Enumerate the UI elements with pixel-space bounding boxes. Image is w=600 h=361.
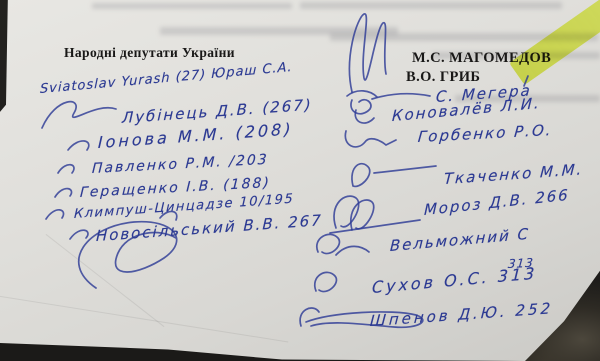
signature-line: Горбенко Р.О. (417, 121, 553, 146)
paper-sheet: Народні депутати України М.С. МАГОМЕДОВ … (0, 0, 600, 361)
photo-of-signed-document: Народні депутати України М.С. МАГОМЕДОВ … (0, 0, 600, 361)
bleedthrough-text (92, 3, 292, 9)
signature-line: Шпенов Д.Ю. 252 (369, 299, 553, 330)
bleedthrough-text (160, 27, 398, 35)
signature-line: Сухов О.С. 313 (371, 263, 537, 297)
signature-line: Sviatoslav Yurash (27) Юраш С.А. (40, 60, 293, 97)
bleedthrough-text (300, 2, 562, 9)
signature-line: Мороз Д.В. 266 (424, 186, 570, 219)
signature-line: Вельможний С (390, 225, 531, 255)
yellow-highlighter-stripe (509, 0, 600, 85)
header-left: Народні депутати України (64, 45, 235, 61)
paper-crease (46, 234, 165, 327)
paper-crease (0, 295, 288, 343)
header-right-name-grib: В.О. ГРИБ (406, 69, 480, 86)
signature-line: Павленко Р.М. /203 (92, 152, 269, 177)
signature-line: Ткаченко М.М. (443, 160, 584, 188)
